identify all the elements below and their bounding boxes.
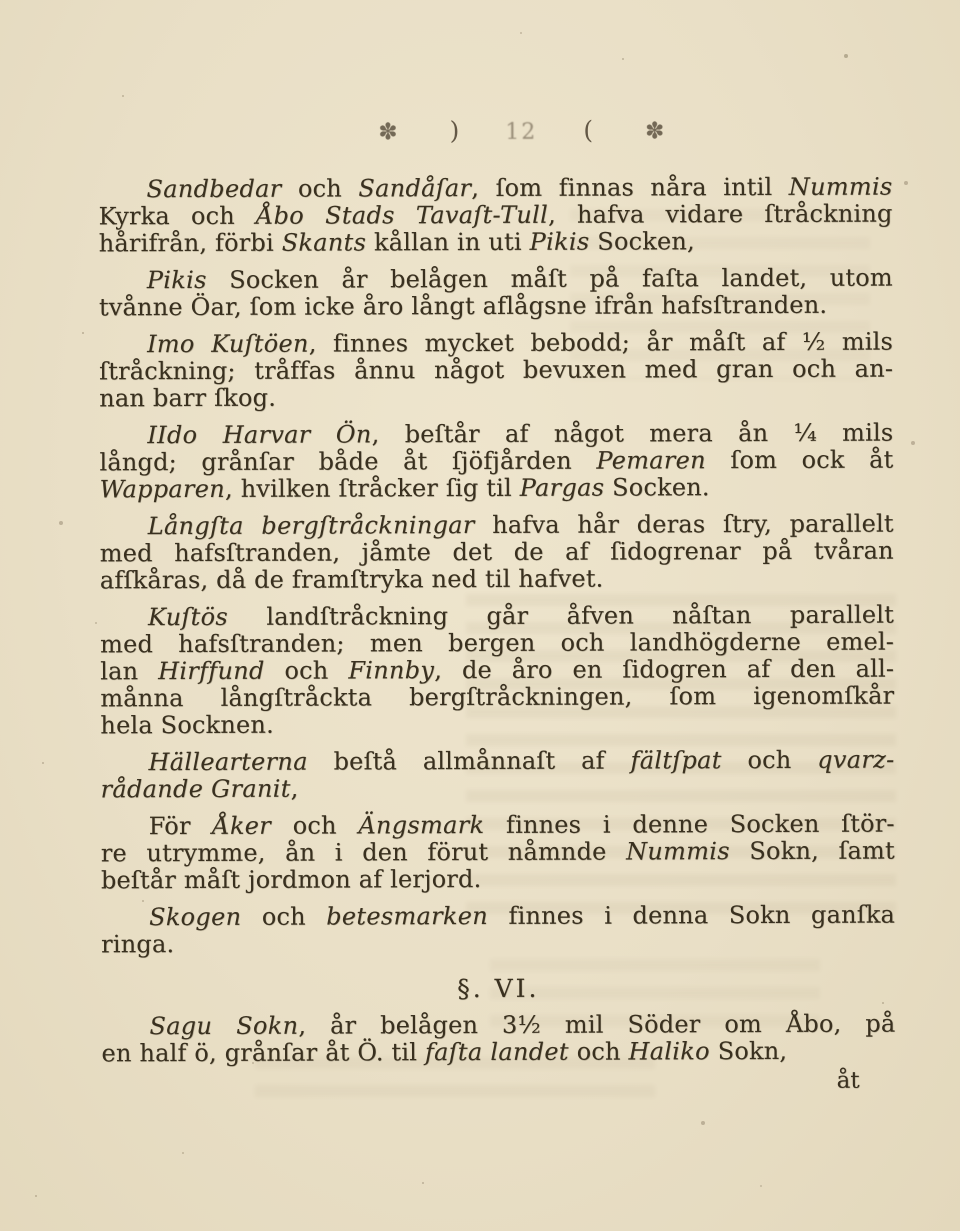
roman-text: , hafva vidare ſtråckning <box>548 200 893 229</box>
italic-text: Kuſtös <box>148 603 228 631</box>
paragraph: Hällearterna beſtå allmånnaſt af fältſpa… <box>100 747 894 804</box>
roman-text: landſtråckning går åfven nåſtan parallel… <box>228 601 894 631</box>
text-line: Kyrka och Åbo Stads Tavaſt-Tull, hafva v… <box>99 201 893 231</box>
roman-text: ringa. <box>101 930 174 958</box>
roman-text: och <box>722 746 818 774</box>
text-line: Skogen och betesmarken finnes i denna So… <box>101 902 895 932</box>
italic-text: Långſta bergſtråckningar <box>148 511 475 540</box>
roman-text: Socken. <box>604 473 710 501</box>
italic-text: Nummis <box>626 837 730 865</box>
roman-text: och <box>241 903 326 931</box>
italic-text: Finnby <box>348 656 434 684</box>
paragraph: Imo Kuſtöen, finnes mycket bebodd; år må… <box>99 329 893 413</box>
text-line: afſkåras, då de framſtryka ned til hafve… <box>100 565 894 595</box>
text-line: hela Socknen. <box>100 710 894 740</box>
text-line: Sandbedar och Sandåſar, ſom finnas nåra … <box>98 174 892 204</box>
text-line: Sagu Sokn, år belågen 3½ mil Söder om Åb… <box>101 1011 895 1041</box>
italic-text: Wapparen <box>100 475 226 503</box>
italic-text: Sandbedar <box>146 175 281 203</box>
italic-text: Pargas <box>520 474 605 502</box>
roman-text: lan <box>100 657 158 685</box>
roman-text: , hvilken ſtråcker ſig til <box>225 474 520 503</box>
text-line: hårifrån, förbi Skants kållan in uti Pik… <box>99 228 893 258</box>
text-line: lan Hirffund och Finnby, de åro en ſidog… <box>100 656 894 686</box>
roman-text: Socken, <box>589 227 695 255</box>
text-line: rådande Granit, <box>101 774 895 804</box>
text-line: beſtår måſt jordmon af lerjord. <box>101 865 895 895</box>
paragraph: IIdo Harvar Ön, beſtår af något mera ån … <box>99 420 893 504</box>
text-line: tvånne Öar, ſom icke åro långt aflågsne … <box>99 292 893 322</box>
italic-text: Sagu Sokn <box>149 1012 298 1041</box>
roman-text: , de åro en ſidogren af den all- <box>434 655 894 685</box>
italic-text: Nummis <box>789 173 893 201</box>
paragraph: Långſta bergſtråckningar hafva hår deras… <box>100 511 894 595</box>
roman-text: hafva hår deras ſtry, parallelt <box>475 510 894 539</box>
italic-text: Pemaren <box>596 446 706 474</box>
italic-text: Skogen <box>149 903 241 931</box>
italic-text: Skants <box>282 228 367 256</box>
paragraph: Kuſtös landſtråckning går åfven nåſtan p… <box>100 602 894 740</box>
running-head: ✽ ) 12 ( ✽ <box>124 114 918 146</box>
text-line: nan barr ſkog. <box>99 383 893 413</box>
page-number-close-bracket: ( <box>583 116 593 145</box>
roman-text: , <box>291 775 299 803</box>
text-line: Hällearterna beſtå allmånnaſt af fältſpa… <box>100 747 894 777</box>
text-line: ſtråckning; tråffas ånnu något bevuxen m… <box>99 356 893 386</box>
roman-text: För <box>149 812 213 840</box>
page-number-open-bracket: ) <box>449 116 459 145</box>
roman-text: och <box>569 1037 629 1065</box>
italic-text: Hällearterna <box>148 748 307 777</box>
paragraph: Pikis Socken år belågen måſt på faſta la… <box>99 265 893 322</box>
roman-text: , beſtår af något mera ån ¼ mils <box>372 419 894 449</box>
floral-ornament-icon: ✽ <box>645 118 664 144</box>
italic-text: qvarz- <box>817 746 894 774</box>
italic-text: rådande Granit <box>101 775 291 804</box>
roman-text: kållan in uti <box>366 228 530 257</box>
text-line: IIdo Harvar Ön, beſtår af något mera ån … <box>99 420 893 450</box>
roman-text: och <box>281 174 358 202</box>
text-line: Långſta bergſtråckningar hafva hår deras… <box>100 511 894 541</box>
scanned-book-page: { "colors": { "paper": "#e9dfc6", "ink":… <box>0 0 960 1231</box>
italic-text: Pikis <box>147 266 207 294</box>
italic-text: Pikis <box>530 228 590 256</box>
roman-text: ſom ock åt <box>706 446 894 475</box>
paragraph: För Åker och Ängsmark finnes i denne Soc… <box>101 811 895 895</box>
roman-text: hela Socknen. <box>100 711 274 740</box>
text-line: För Åker och Ängsmark finnes i denne Soc… <box>101 811 895 841</box>
roman-text: , ſom finnas nåra intil <box>471 173 789 202</box>
paragraph: Sagu Sokn, år belågen 3½ mil Söder om Åb… <box>101 1011 895 1068</box>
text-line: månna långſtråckta bergſtråckningen, ſom… <box>100 683 894 713</box>
roman-text: finnes i denna Sokn ganſka <box>488 901 895 930</box>
italic-text: Ängsmark <box>358 811 484 839</box>
paragraph: Skogen och betesmarken finnes i denna So… <box>101 902 895 959</box>
roman-text: beſtå allmånnaſt af <box>308 746 631 775</box>
roman-text: , år belågen 3½ mil Söder om Åbo, på <box>298 1010 895 1040</box>
italic-text: faſta landet <box>425 1038 569 1067</box>
italic-text: Åbo Stads Tavaſt-Tull <box>256 201 548 230</box>
page-body: ✽ ) 12 ( ✽ Sandbedar och Sandåſar, ſom f… <box>0 0 960 1231</box>
roman-text: finnes i denne Socken ſtör- <box>484 810 895 839</box>
text-line: Imo Kuſtöen, finnes mycket bebodd; år må… <box>99 329 893 359</box>
text-line: re utrymme, ån i den förut nåmnde Nummis… <box>101 838 895 868</box>
roman-text: ſtråckning; tråffas ånnu något bevuxen m… <box>99 355 893 386</box>
roman-text: långd; grånſar både åt ſjöfjården <box>99 447 596 477</box>
catchword: åt <box>102 1068 896 1097</box>
roman-text: afſkåras, då de framſtryka ned til hafve… <box>100 565 604 595</box>
italic-text: fältſpat <box>630 746 721 774</box>
floral-ornament-icon: ✽ <box>378 119 397 145</box>
text-line: ringa. <box>101 929 895 959</box>
roman-text: månna långſtråckta bergſtråckningen, ſom… <box>100 682 894 713</box>
text-line: med hafsſtranden; men bergen och landhög… <box>100 629 894 659</box>
roman-text: en half ö, grånſar åt Ö. til <box>101 1038 424 1067</box>
italic-text: Imo Kuſtöen <box>147 330 309 359</box>
roman-text: tvånne Öar, ſom icke åro långt aflågsne … <box>99 291 827 322</box>
text-line: Kuſtös landſtråckning går åfven nåſtan p… <box>100 602 894 632</box>
italic-text: Åker <box>212 812 271 840</box>
text-line: Wapparen, hvilken ſtråcker ſig til Parga… <box>100 474 894 504</box>
italic-text: IIdo Harvar Ön <box>147 420 371 449</box>
paragraph: Sandbedar och Sandåſar, ſom finnas nåra … <box>98 174 892 258</box>
text-line: långd; grånſar både åt ſjöfjården Pemare… <box>99 447 893 477</box>
roman-text: Sokn, <box>710 1037 787 1065</box>
roman-text: med hafsſtranden; men bergen och landhög… <box>100 628 894 659</box>
roman-text: beſtår måſt jordmon af lerjord. <box>101 865 482 894</box>
roman-text: re utrymme, ån i den förut nåmnde <box>101 837 626 867</box>
body-text-lower: Sagu Sokn, år belågen 3½ mil Söder om Åb… <box>101 1011 895 1068</box>
text-line: en half ö, grånſar åt Ö. til faſta lande… <box>101 1038 895 1068</box>
roman-text: Sokn, ſamt <box>730 837 895 866</box>
italic-text: Haliko <box>628 1037 709 1065</box>
roman-text: och <box>265 656 349 684</box>
roman-text: Socken år belågen måſt på faſta landet, … <box>207 264 893 294</box>
body-text-upper: Sandbedar och Sandåſar, ſom finnas nåra … <box>98 174 895 959</box>
roman-text: hårifrån, förbi <box>99 229 282 258</box>
italic-text: Hirffund <box>158 657 265 685</box>
text-line: med hafsſtranden, jåmte det de af ſidogr… <box>100 538 894 568</box>
roman-text: , finnes mycket bebodd; år måſt af ½ mil… <box>309 328 893 358</box>
text-line: Pikis Socken år belågen måſt på faſta la… <box>99 265 893 295</box>
roman-text: nan barr ſkog. <box>99 384 276 413</box>
section-heading: §. VI. <box>101 973 895 1005</box>
roman-text: och <box>271 811 358 839</box>
italic-text: Sandåſar <box>358 174 471 202</box>
roman-text: Kyrka och <box>99 202 256 231</box>
italic-text: betesmarken <box>326 902 488 931</box>
page-number: 12 <box>505 120 537 145</box>
roman-text: med hafsſtranden, jåmte det de af ſidogr… <box>100 537 894 568</box>
